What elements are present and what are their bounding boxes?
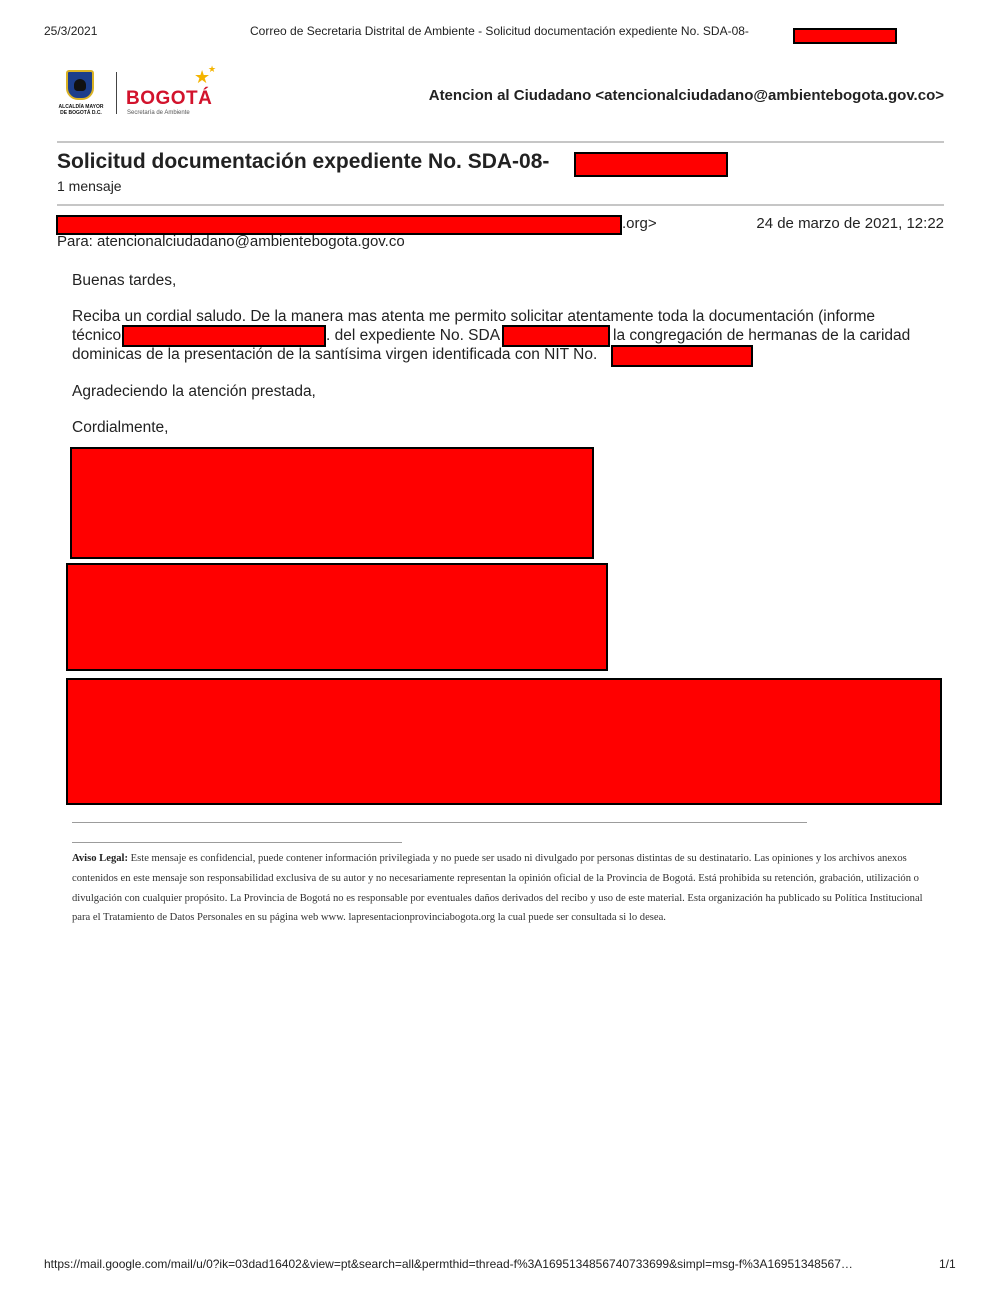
redaction-box-signature [70, 447, 594, 559]
account-label: Atencion al Ciudadano <atencionalciudada… [429, 87, 944, 104]
legal-notice: Aviso Legal: Este mensaje es confidencia… [72, 849, 932, 928]
brand-wordmark: BOGOTÁ [126, 88, 212, 110]
bogota-coat-of-arms-icon [66, 70, 94, 100]
redaction-box [502, 325, 610, 347]
star-small-icon: ★ [208, 64, 216, 75]
secretaria-ambiente-logo: ALCALDÍA MAYOR DE BOGOTÁ D.C. BOGOTÁ Sec… [60, 68, 220, 120]
body-line-1: Reciba un cordial saludo. De la manera m… [72, 307, 875, 326]
legal-notice-label: Aviso Legal: [72, 853, 128, 864]
signature-rule-short [72, 842, 402, 843]
body-line-2b: . del expediente No. SDA [326, 326, 500, 345]
print-date: 25/3/2021 [44, 24, 97, 38]
redaction-box-signature [66, 563, 608, 671]
body-line-2a: técnico [72, 326, 121, 345]
greeting: Buenas tardes, [72, 271, 176, 290]
logo-divider [116, 72, 117, 114]
thread-subject: Solicitud documentación expediente No. S… [57, 150, 549, 174]
redaction-box [793, 28, 897, 44]
sender-email-suffix: .org> [622, 215, 657, 232]
redaction-box [611, 345, 753, 367]
page-number: 1/1 [939, 1257, 956, 1271]
redaction-box [122, 325, 326, 347]
legal-notice-text: Este mensaje es confidencial, puede cont… [72, 853, 923, 923]
thanks-line: Agradeciendo la atención prestada, [72, 382, 316, 401]
recipient-line: Para: atencionalciudadano@ambientebogota… [57, 233, 405, 250]
divider [57, 141, 944, 143]
print-url: https://mail.google.com/mail/u/0?ik=03da… [44, 1257, 853, 1271]
print-page-title: Correo de Secretaria Distrital de Ambien… [250, 24, 749, 38]
divider [57, 204, 944, 206]
message-count: 1 mensaje [57, 178, 122, 194]
redaction-box [574, 152, 728, 177]
body-line-3: dominicas de la presentación de la santí… [72, 345, 597, 364]
signature-rule [72, 822, 807, 823]
redaction-box-signature [66, 678, 942, 805]
alcaldia-label: ALCALDÍA MAYOR DE BOGOTÁ D.C. [58, 104, 104, 116]
brand-subtitle: Secretaría de Ambiente [127, 110, 190, 116]
closing-line: Cordialmente, [72, 418, 169, 437]
redaction-box-sender [56, 215, 622, 235]
body-line-2c: la congregación de hermanas de la carida… [613, 326, 910, 345]
message-date: 24 de marzo de 2021, 12:22 [756, 215, 944, 232]
